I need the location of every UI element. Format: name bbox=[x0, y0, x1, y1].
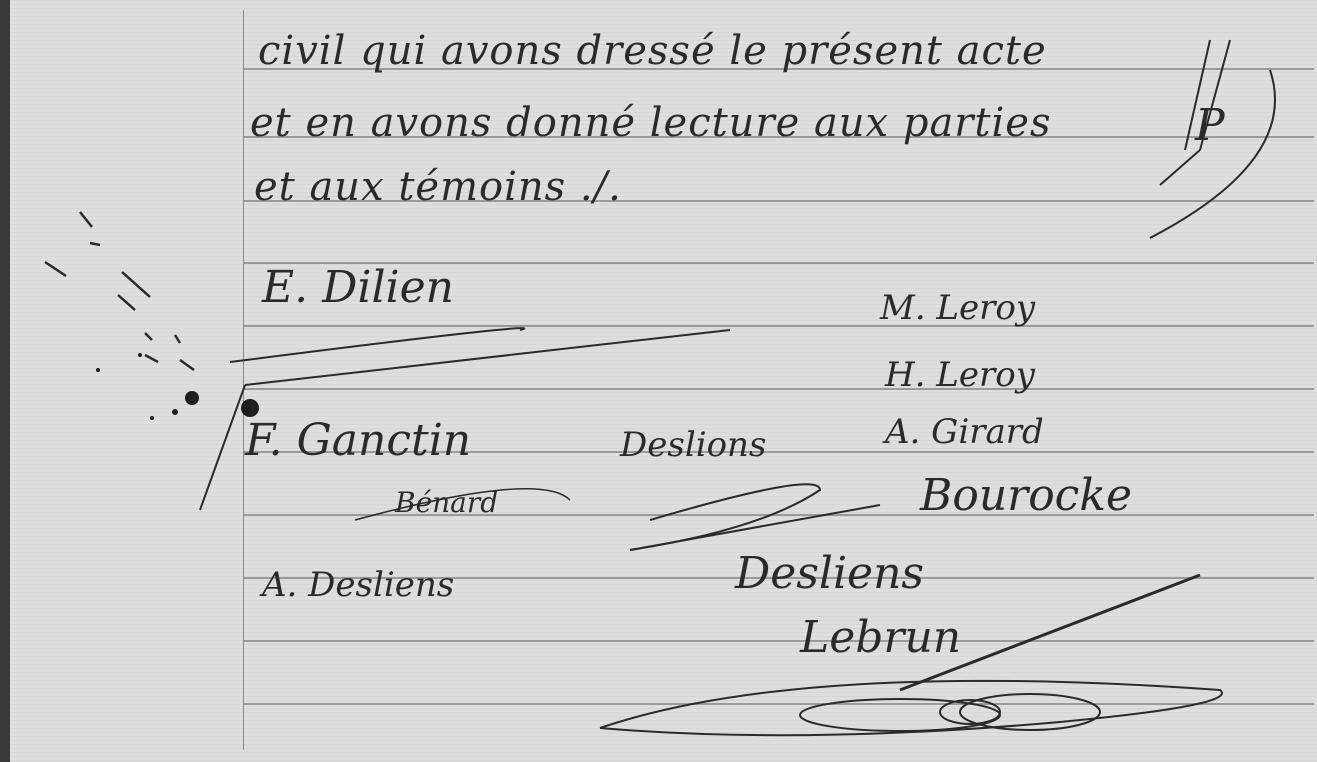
ink-flourishes bbox=[0, 0, 1317, 762]
document-page: civil qui avons dressé le présent acte e… bbox=[0, 0, 1317, 762]
